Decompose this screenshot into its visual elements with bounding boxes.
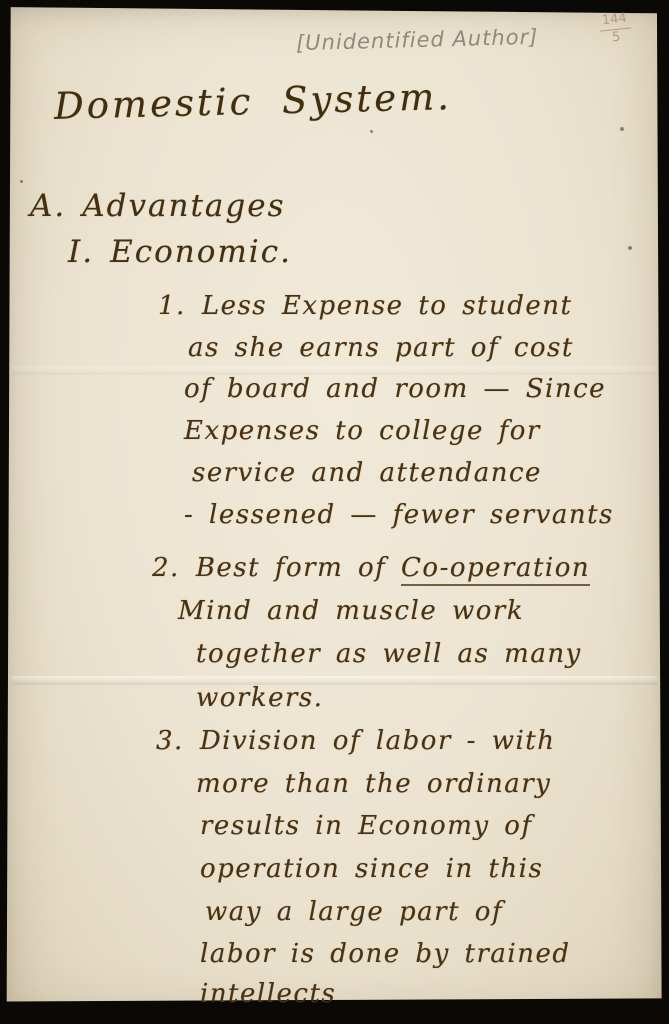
item-3-line-2: more than the ordinary	[196, 769, 551, 799]
item-2-line-4: workers.	[196, 683, 324, 713]
item-1-text: Less Expense to student	[202, 291, 573, 321]
photo-background: [Unidentified Author] 144 5 Domestic Sys…	[0, 0, 669, 1024]
item-1-line-4: Expenses to college for	[184, 416, 541, 446]
ink-speck	[620, 127, 624, 131]
item-3-line-6: labor is done by trained	[200, 939, 571, 969]
item-1-line-1: 1.Less Expense to student	[158, 291, 572, 321]
item-2-line-2: Mind and muscle work	[178, 596, 524, 626]
item-3-line-7: intellects	[200, 979, 336, 1009]
item-3-number: 3.	[156, 726, 184, 756]
item-1-line-6: - lessened — fewer servants	[184, 500, 614, 530]
item-2-line-3: together as well as many	[196, 639, 582, 669]
ink-speck	[370, 130, 373, 133]
item-3-line-5: way a large part of	[205, 897, 503, 927]
pencil-page-number: 144 5	[598, 10, 632, 48]
section-heading-a: A.Advantages	[30, 188, 285, 224]
item-3-line-4: operation since in this	[200, 854, 543, 884]
item-1-number: 1.	[158, 291, 186, 321]
item-1-line-3: of board and room — Since	[184, 374, 606, 404]
item-2-number: 2.	[152, 553, 180, 583]
subsection-label: I.	[68, 234, 94, 270]
section-label: A.	[30, 188, 66, 224]
section-title: Advantages	[82, 188, 285, 224]
item-2-line-1: 2.Best form of Co-operation	[152, 553, 590, 583]
subsection-title: Economic.	[110, 234, 292, 270]
item-1-line-5: service and attendance	[192, 458, 542, 488]
item-2-underlined-text: Co-operation	[401, 553, 590, 586]
item-2-text: Best form of	[196, 553, 386, 583]
ink-speck	[20, 180, 23, 183]
pencil-page-number-denominator: 5	[600, 29, 632, 48]
item-3-text: Division of labor - with	[200, 726, 556, 756]
subsection-heading-i: I.Economic.	[68, 234, 292, 270]
ink-speck	[628, 246, 632, 250]
item-3-line-1: 3.Division of labor - with	[156, 726, 555, 756]
item-1-line-2: as she earns part of cost	[188, 333, 574, 363]
item-3-line-3: results in Economy of	[200, 811, 533, 841]
